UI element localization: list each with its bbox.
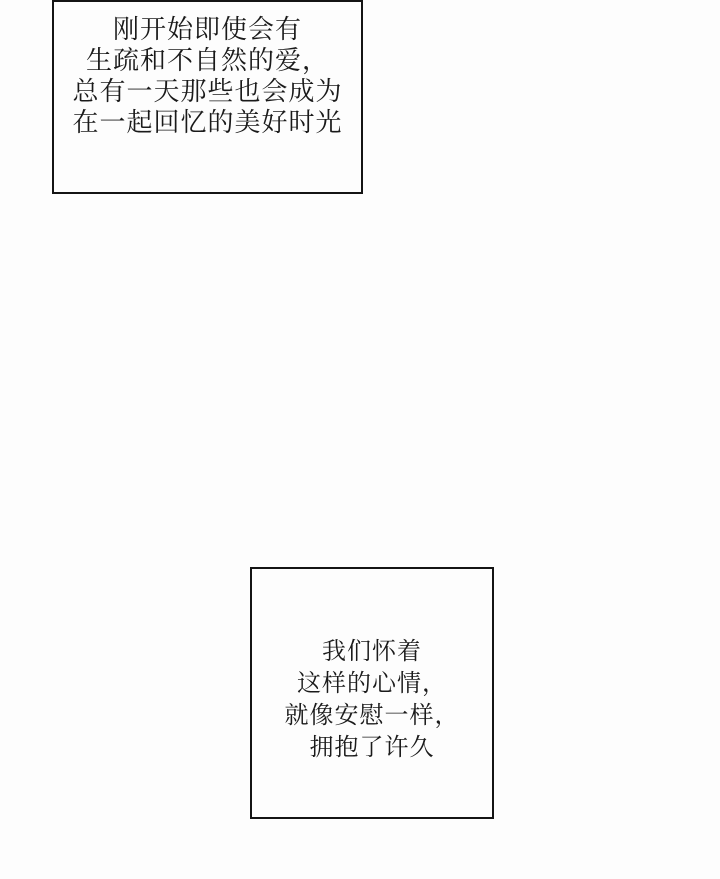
caption-line: 生疏和不自然的爱， [54,46,361,77]
caption-line: 我们怀着 [252,635,492,667]
caption-line: 刚开始即使会有 [54,15,361,46]
caption-line: 就像安慰一样， [252,699,492,731]
caption-box-top: 刚开始即使会有 生疏和不自然的爱， 总有一天那些也会成为 在一起回忆的美好时光 [52,0,363,194]
caption-line: 这样的心情， [252,667,492,699]
caption-line: 拥抱了许久 [252,731,492,763]
caption-line: 在一起回忆的美好时光 [54,108,361,139]
caption-line: 总有一天那些也会成为 [54,77,361,108]
caption-box-bottom: 我们怀着 这样的心情， 就像安慰一样， 拥抱了许久 [250,567,494,819]
comic-page: 刚开始即使会有 生疏和不自然的爱， 总有一天那些也会成为 在一起回忆的美好时光 … [0,0,720,879]
